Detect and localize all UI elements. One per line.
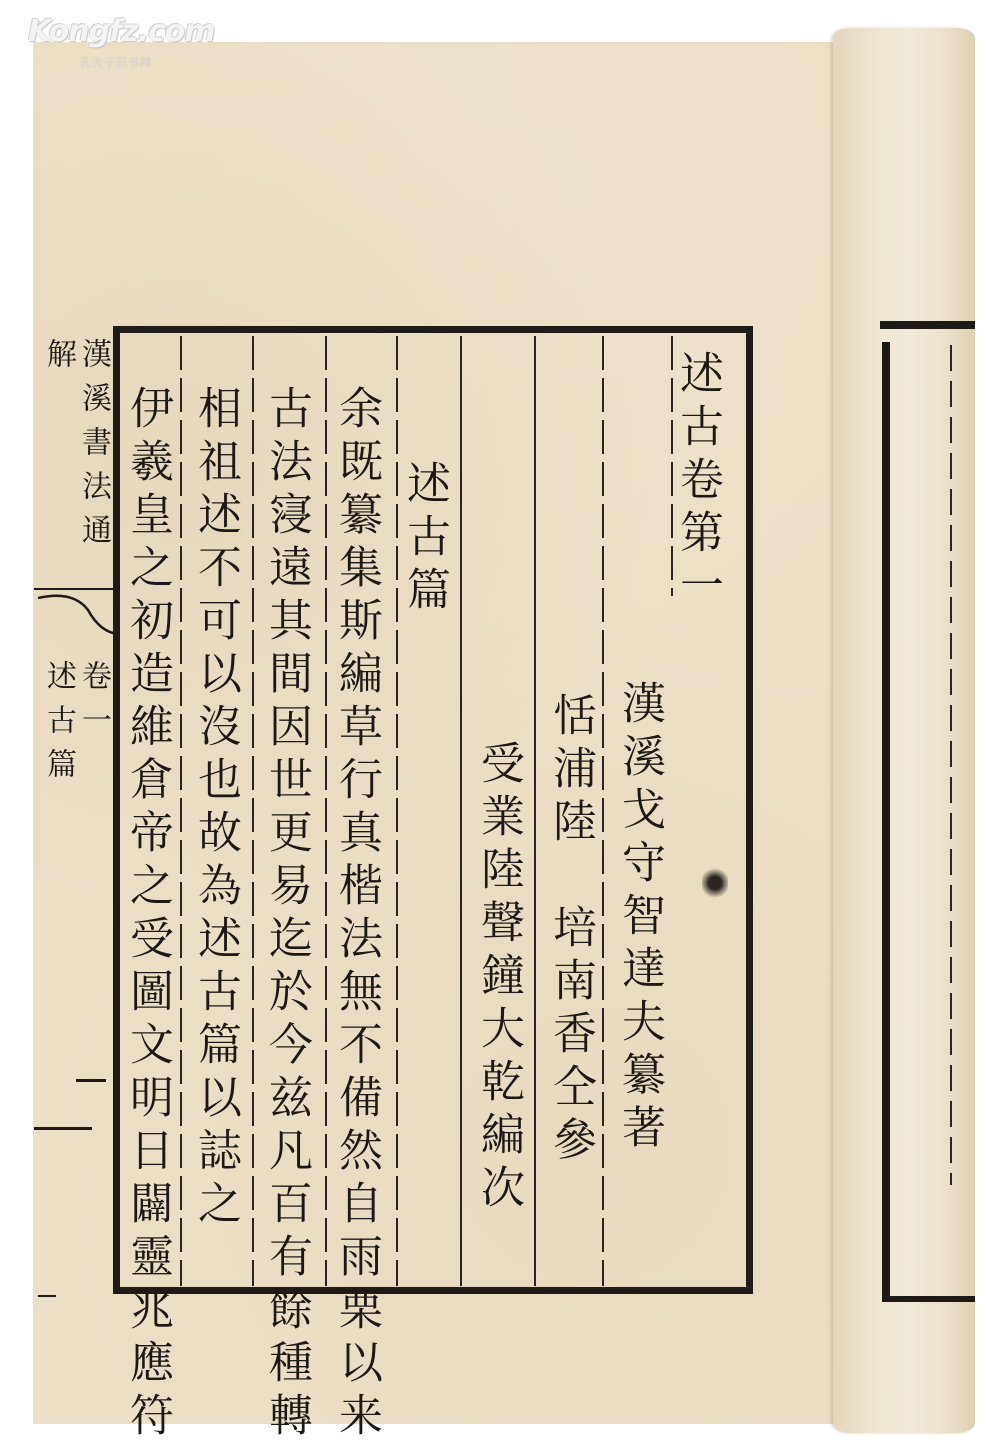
author-line-2: 恬浦陸 培南香仝參 — [548, 692, 592, 1169]
roll-frame-border-bottom — [882, 1296, 975, 1302]
margin-divider-bottom — [34, 1127, 92, 1130]
margin-tick — [76, 1079, 106, 1082]
body-column-3: 相祖述不可以沒也故為述古篇以誌之 — [193, 385, 237, 1233]
volume-title: 述古卷第一 — [675, 350, 719, 615]
body-column-2: 古法寖遠其間因世更易迄於今兹凡百有餘種轉 — [264, 385, 308, 1443]
ink-blot — [702, 866, 728, 900]
column-line-2 — [252, 336, 254, 1286]
body-column-4: 伊羲皇之初造維倉帝之受圖文明日闢靈兆應符 — [125, 385, 169, 1443]
author-line-1: 漢溪戈守智達夫纂著 — [617, 680, 661, 1157]
column-line-3 — [325, 336, 327, 1286]
margin-section-label: 述古篇 — [43, 660, 73, 792]
margin-chapter-label: 卷一 — [78, 660, 108, 748]
watermark: Kongfz.com 孔夫子旧书网 — [28, 14, 188, 74]
margin-side-label: 解 — [43, 338, 73, 382]
watermark-subtitle: 孔夫子旧书网 — [80, 54, 152, 70]
column-line-5 — [460, 336, 462, 1286]
column-line-1 — [180, 336, 182, 1286]
column-line-7 — [602, 336, 604, 1286]
rolled-page-cylinder — [833, 28, 975, 1433]
fishtail-mark — [38, 590, 118, 640]
roll-frame-border-left — [882, 342, 890, 1302]
section-title: 述古篇 — [402, 460, 446, 619]
body-column-1: 余既纂集斯編草行真楷法無不備然自雨栗以来 — [334, 385, 378, 1443]
watermark-logo: Kongfz.com — [28, 14, 215, 49]
column-line-6 — [534, 336, 536, 1286]
roll-frame-border-top — [880, 321, 975, 329]
column-line-4 — [396, 336, 398, 1286]
author-line-3: 受業陸聲鐘大乾編次 — [476, 740, 520, 1217]
margin-tick-bottom — [38, 1295, 56, 1297]
roll-column-line — [950, 345, 952, 1185]
margin-running-title: 漢溪書法通 — [78, 338, 108, 558]
